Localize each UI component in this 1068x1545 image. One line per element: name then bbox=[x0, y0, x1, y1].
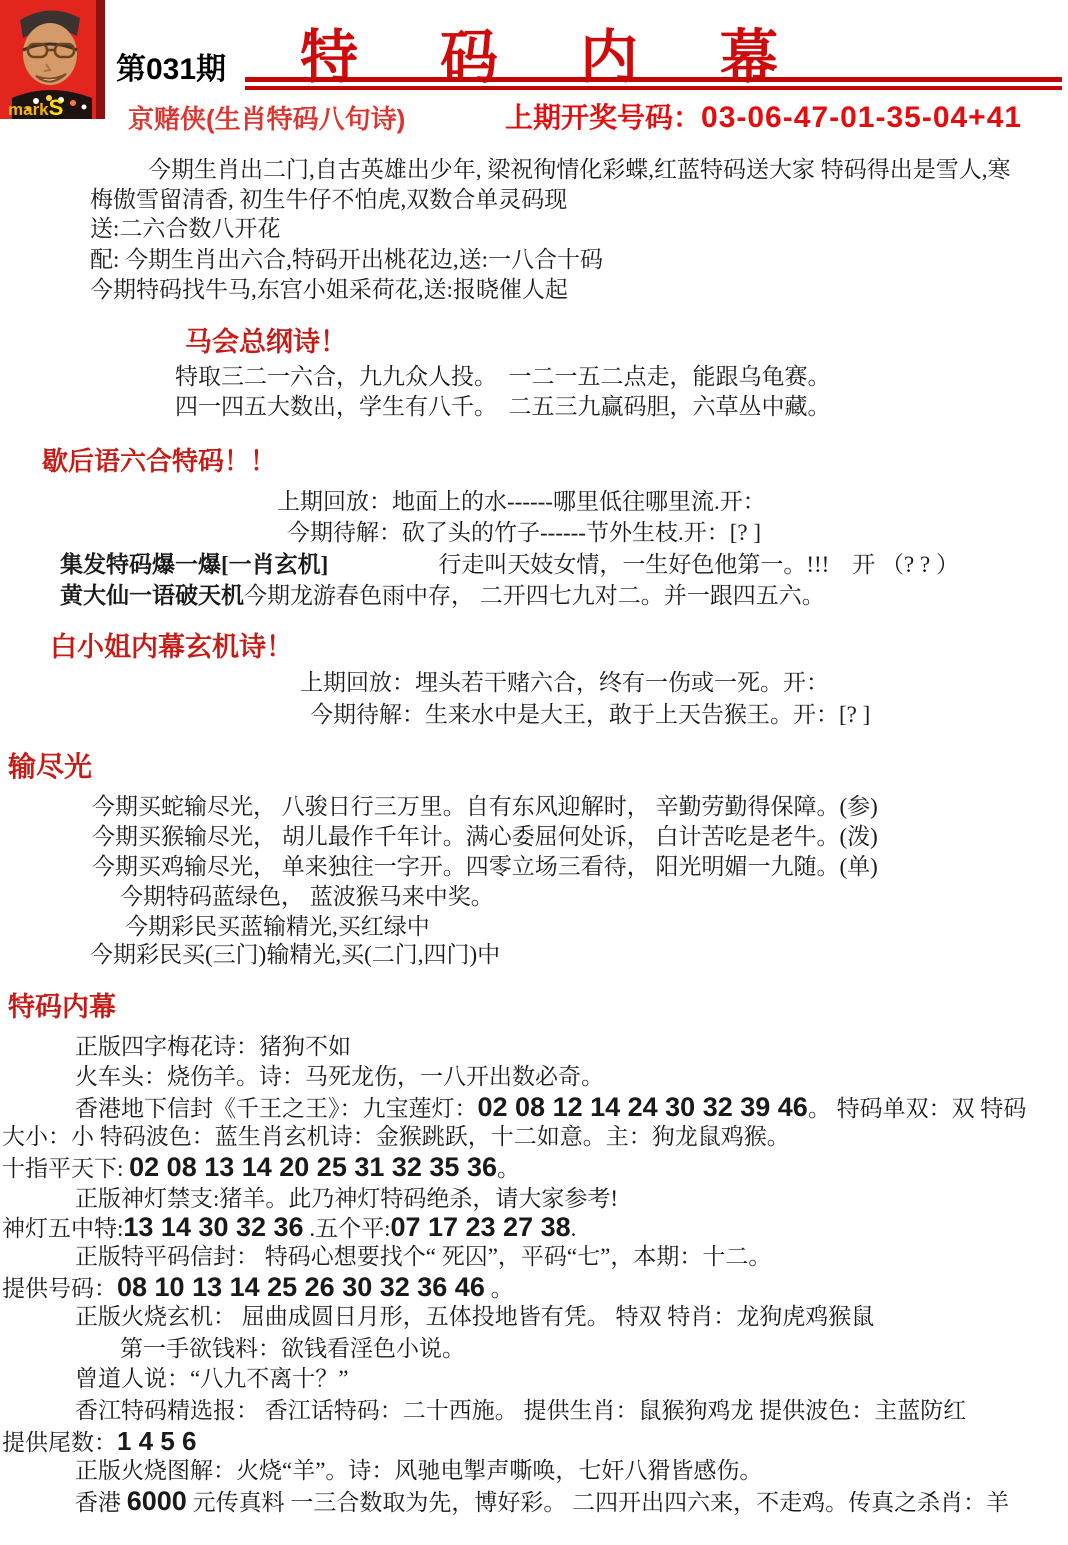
heading-baixiaojie: 白小姐内幕玄机诗！ bbox=[50, 625, 293, 664]
title-underline-top bbox=[245, 77, 1062, 82]
shujinguang-line-1: 今期买蛇输尽光， 八骏日行三万里。自有东风迎解时， 辛勤劳勤得保障。(参) bbox=[92, 792, 878, 822]
shizhi-label: 十指平天下: bbox=[2, 1156, 129, 1181]
tigong-numbers: 08 10 13 14 25 26 30 32 36 46 bbox=[117, 1272, 485, 1302]
tema-shendeng-jin-line: 正版神灯禁支:猪羊。此乃神灯特码绝杀，请大家参考! bbox=[75, 1184, 618, 1214]
mahui-poem-line-2: 四一四五大数出，学生有八千。 二五三九赢码胆，六草丛中藏。 bbox=[175, 392, 831, 422]
last-draw-result: 上期开奖号码：03-06-47-01-35-04+41 bbox=[505, 96, 1022, 136]
shujinguang-line-3: 今期买鸡输尽光， 单来独往一字开。四零立场三看待， 阳光明媚一九随。(单) bbox=[92, 852, 878, 882]
shujinguang-line-2: 今期买猴输尽光， 胡儿最作千年计。满心委屈何处诉， 白计苦吃是老牛。(泼) bbox=[92, 822, 878, 852]
tipster-photo: markS bbox=[0, 0, 105, 119]
chuanzhen-amount: 6000 bbox=[127, 1486, 187, 1516]
wuzhong-numbers-2: 07 17 23 27 38 bbox=[390, 1212, 570, 1242]
weishu-numbers: 1 4 5 6 bbox=[117, 1426, 197, 1456]
heading-xiehouyu: 歇后语六合特码！！ bbox=[42, 441, 276, 478]
chuanzhen-post: 元传真料 一三合数取为先，博好彩。 二四开出四六来，不走鸡。传真之杀肖：羊 bbox=[187, 1490, 1009, 1515]
shizhi-numbers: 02 08 13 14 20 25 31 32 35 36 bbox=[129, 1152, 497, 1182]
chuanzhen-pre: 香港 bbox=[75, 1490, 127, 1515]
xiehouyu-jifa-line: 集发特码爆一爆[一肖玄机]行走叫天妓女情，一生好色他第一。!!! 开 （? ? … bbox=[60, 550, 959, 580]
wuzhong-tail: . bbox=[571, 1216, 577, 1241]
tema-shizhi-line: 十指平天下: 02 08 13 14 20 25 31 32 35 36。 bbox=[2, 1152, 520, 1184]
qianwang-label: 香港地下信封《千王之王》：九宝莲灯： bbox=[75, 1096, 478, 1121]
tema-huochetou-line: 火车头：烧伤羊。诗：马死龙伤，一八开出数必奇。 bbox=[75, 1062, 604, 1092]
shujinguang-line-6: 今期彩民买(三门)输精光,买(二门,四门)中 bbox=[90, 940, 500, 970]
jifa-rest: 行走叫天妓女情，一生好色他第一。!!! 开 （? ? ） bbox=[438, 552, 959, 577]
tema-chuanzhen-line: 香港 6000 元传真料 一三合数取为先，博好彩。 二四开出四六来，不走鸡。传真… bbox=[75, 1486, 1009, 1518]
tema-wuzhong-line: 神灯五中特:13 14 30 32 36 .五个平:07 17 23 27 38… bbox=[2, 1212, 576, 1244]
tema-xiangjiang-line: 香江特码精选报： 香江话特码：二十西施。 提供生肖：鼠猴狗鸡龙 提供波色：主蓝防… bbox=[75, 1396, 966, 1426]
qianwang-tail: 。 特码单双：双 特码 bbox=[808, 1096, 1027, 1121]
xiehouyu-huangdaxian-line: 黄大仙一语破天机今期龙游春色雨中存， 二开四七九对二。并一跟四五六。 bbox=[60, 581, 825, 611]
tema-yuqian-line: 第一手欲钱料：欲钱看淫色小说。 bbox=[120, 1334, 465, 1364]
xiehouyu-last-line: 上期回放：地面上的水------哪里低往哪里流.开： bbox=[277, 487, 766, 517]
shujinguang-line-5: 今期彩民买蓝输精光,买红绿中 bbox=[125, 912, 430, 942]
jifa-bold-label: 集发特码爆一爆[一肖玄机] bbox=[60, 552, 328, 577]
tema-wrap-line: 大小：小 特码波色：蓝生肖玄机诗：金猴跳跃，十二如意。主：狗龙鼠鸡猴。 bbox=[2, 1122, 790, 1152]
heading-shujinguang: 输尽光 bbox=[8, 745, 92, 785]
shujinguang-line-4: 今期特码蓝绿色， 蓝波猴马来中奖。 bbox=[120, 882, 494, 912]
intro-line-4: 配: 今期生肖出六合,特码开出桃花边,送:一八合十码 bbox=[90, 245, 603, 275]
tema-qianwang-line: 香港地下信封《千王之王》：九宝莲灯：02 08 12 14 24 30 32 3… bbox=[75, 1092, 1026, 1124]
tema-tigong-line: 提供号码：08 10 13 14 25 26 30 32 36 46 。 bbox=[2, 1272, 514, 1304]
tema-zengdaoren-line: 曾道人说：“八九不离十？” bbox=[75, 1364, 348, 1394]
tema-tepingma-line: 正版特平码信封： 特码心想要找个“ 死囚”，平码“七”，本期：十二。 bbox=[75, 1242, 771, 1272]
weishu-label: 提供尾数： bbox=[2, 1430, 117, 1455]
tip-sheet-page: markS 第031期 特码内幕 京赌侠(生肖特码八句诗) 上期开奖号码：03-… bbox=[0, 0, 1068, 1545]
issue-number: 第031期 bbox=[116, 44, 226, 88]
tigong-tail: 。 bbox=[485, 1276, 514, 1301]
subtitle-poem-label: 京赌侠(生肖特码八句诗) bbox=[128, 99, 405, 136]
tema-huoshao-tujie-line: 正版火烧图解：火烧“羊”。诗：风驰电掣声嘶唤，七奸八猾皆感伤。 bbox=[75, 1456, 762, 1486]
tema-weishu-line: 提供尾数：1 4 5 6 bbox=[2, 1426, 197, 1458]
last-draw-label: 上期开奖号码： bbox=[505, 102, 701, 133]
wuzhong-mid: .五个平: bbox=[304, 1216, 391, 1241]
baixiaojie-current-line: 今期待解：生来水中是大王，敢于上天告猴王。开：[? ] bbox=[310, 700, 870, 730]
wuzhong-label: 神灯五中特: bbox=[2, 1216, 123, 1241]
intro-line-5: 今期特码找牛马,东宫小姐采荷花,送:报晓催人起 bbox=[90, 275, 568, 305]
last-draw-numbers: 03-06-47-01-35-04+41 bbox=[701, 101, 1022, 134]
title-underline-bottom bbox=[245, 86, 1062, 90]
tipster-photo-art: markS bbox=[0, 0, 105, 119]
baixiaojie-last-line: 上期回放：埋头若干赌六合，终有一伤或一死。开： bbox=[300, 668, 829, 698]
qianwang-numbers: 02 08 12 14 24 30 32 39 46 bbox=[478, 1092, 808, 1122]
tema-huoshao-line: 正版火烧玄机： 屈曲成圆日月形，五体投地皆有凭。 特双 特肖：龙狗虎鸡猴鼠 bbox=[75, 1302, 874, 1332]
wuzhong-numbers: 13 14 30 32 36 bbox=[123, 1212, 303, 1242]
heading-mahui: 马会总纲诗！ bbox=[185, 320, 347, 359]
heading-tema-neimu: 特码内幕 bbox=[8, 985, 116, 1024]
xiehouyu-current-line: 今期待解：砍了头的竹子------节外生枝.开：[? ] bbox=[287, 518, 761, 548]
huangdaxian-bold-label: 黄大仙一语破天机 bbox=[60, 583, 244, 608]
mahui-poem-line-1: 特取三二一六合，九九众人投。 一二一五二点走，能跟乌龟赛。 bbox=[175, 362, 831, 392]
intro-line-1: 今期生肖出二门,自古英雄出少年, 梁祝徇情化彩蝶,红蓝特码送大家 特码得出是雪人… bbox=[148, 155, 1011, 185]
tigong-label: 提供号码： bbox=[2, 1276, 117, 1301]
intro-line-3: 送:二六合数八开花 bbox=[90, 214, 280, 244]
intro-line-2: 梅傲雪留清香, 初生牛仔不怕虎,双数合单灵码现 bbox=[90, 185, 567, 215]
huangdaxian-rest: 今期龙游春色雨中存， 二开四七九对二。并一跟四五六。 bbox=[244, 583, 825, 608]
tema-meihua-line: 正版四字梅花诗：猪狗不如 bbox=[75, 1032, 351, 1062]
shizhi-tail: 。 bbox=[497, 1156, 520, 1181]
